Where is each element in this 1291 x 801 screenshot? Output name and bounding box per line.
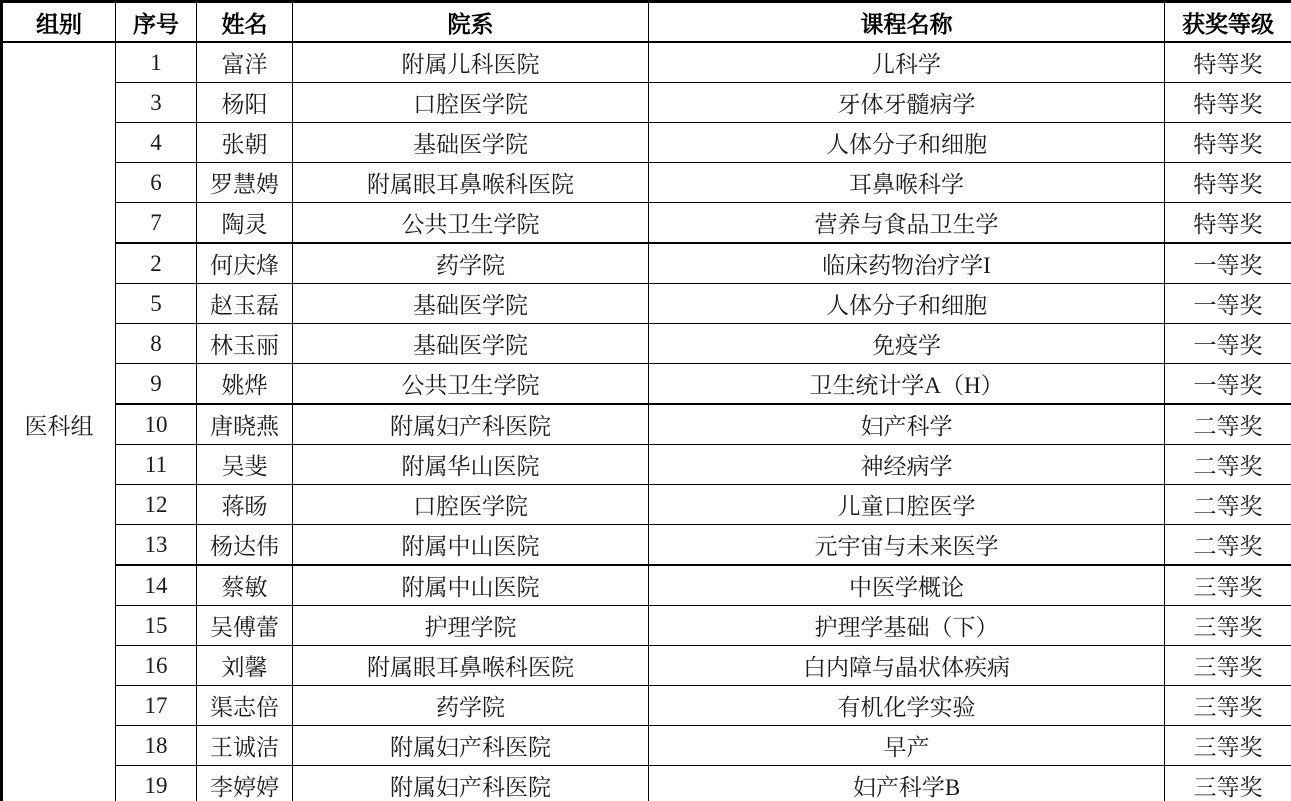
cell-name: 吴傅蕾 <box>197 606 293 646</box>
cell-dept: 护理学院 <box>293 606 649 646</box>
cell-name: 刘馨 <box>197 646 293 686</box>
cell-name: 陶灵 <box>197 203 293 244</box>
cell-dept: 基础医学院 <box>293 123 649 163</box>
cell-dept: 附属妇产科医院 <box>293 404 649 445</box>
cell-dept: 附属中山医院 <box>293 525 649 566</box>
table-row: 7陶灵公共卫生学院营养与食品卫生学特等奖 <box>2 203 1291 244</box>
cell-number: 4 <box>116 123 197 163</box>
cell-award: 三等奖 <box>1165 726 1291 766</box>
cell-number: 2 <box>116 243 197 284</box>
cell-name: 王诚洁 <box>197 726 293 766</box>
cell-award: 特等奖 <box>1165 123 1291 163</box>
cell-number: 1 <box>116 42 197 83</box>
cell-award: 特等奖 <box>1165 42 1291 83</box>
cell-number: 15 <box>116 606 197 646</box>
table-row: 2何庆烽药学院临床药物治疗学I一等奖 <box>2 243 1291 284</box>
cell-number: 13 <box>116 525 197 566</box>
document-page: 组别 序号 姓名 院系 课程名称 获奖等级 医科组1富洋附属儿科医院儿科学特等奖… <box>0 0 1291 801</box>
cell-course: 护理学基础（下） <box>649 606 1165 646</box>
column-header-name: 姓名 <box>197 2 293 43</box>
cell-dept: 药学院 <box>293 243 649 284</box>
cell-course: 免疫学 <box>649 324 1165 364</box>
table-row: 医科组1富洋附属儿科医院儿科学特等奖 <box>2 42 1291 83</box>
cell-number: 8 <box>116 324 197 364</box>
cell-award: 三等奖 <box>1165 606 1291 646</box>
cell-course: 营养与食品卫生学 <box>649 203 1165 244</box>
cell-dept: 附属儿科医院 <box>293 42 649 83</box>
cell-award: 一等奖 <box>1165 284 1291 324</box>
cell-course: 中医学概论 <box>649 565 1165 606</box>
column-header-dept: 院系 <box>293 2 649 43</box>
cell-name: 李婷婷 <box>197 766 293 801</box>
cell-name: 姚烨 <box>197 364 293 405</box>
table-row: 13杨达伟附属中山医院元宇宙与未来医学二等奖 <box>2 525 1291 566</box>
cell-award: 三等奖 <box>1165 766 1291 801</box>
cell-number: 10 <box>116 404 197 445</box>
cell-award: 二等奖 <box>1165 445 1291 485</box>
column-header-award: 获奖等级 <box>1165 2 1291 43</box>
cell-dept: 口腔医学院 <box>293 83 649 123</box>
table-row: 16刘馨附属眼耳鼻喉科医院白内障与晶状体疾病三等奖 <box>2 646 1291 686</box>
header-row: 组别 序号 姓名 院系 课程名称 获奖等级 <box>2 2 1291 43</box>
table-row: 6罗慧娉附属眼耳鼻喉科医院耳鼻喉科学特等奖 <box>2 163 1291 203</box>
cell-number: 11 <box>116 445 197 485</box>
cell-course: 卫生统计学A（H） <box>649 364 1165 405</box>
cell-dept: 公共卫生学院 <box>293 203 649 244</box>
cell-award: 一等奖 <box>1165 324 1291 364</box>
cell-name: 唐晓燕 <box>197 404 293 445</box>
cell-award: 二等奖 <box>1165 485 1291 525</box>
cell-course: 神经病学 <box>649 445 1165 485</box>
cell-name: 张朝 <box>197 123 293 163</box>
cell-dept: 附属眼耳鼻喉科医院 <box>293 163 649 203</box>
cell-award: 特等奖 <box>1165 83 1291 123</box>
awards-table: 组别 序号 姓名 院系 课程名称 获奖等级 医科组1富洋附属儿科医院儿科学特等奖… <box>0 0 1291 801</box>
cell-course: 人体分子和细胞 <box>649 123 1165 163</box>
table-body: 医科组1富洋附属儿科医院儿科学特等奖3杨阳口腔医学院牙体牙髓病学特等奖4张朝基础… <box>2 42 1291 801</box>
group-cell: 医科组 <box>2 42 116 801</box>
cell-course: 儿童口腔医学 <box>649 485 1165 525</box>
cell-dept: 基础医学院 <box>293 324 649 364</box>
cell-name: 林玉丽 <box>197 324 293 364</box>
cell-number: 12 <box>116 485 197 525</box>
table-row: 4张朝基础医学院人体分子和细胞特等奖 <box>2 123 1291 163</box>
cell-number: 3 <box>116 83 197 123</box>
cell-course: 儿科学 <box>649 42 1165 83</box>
table-row: 14蔡敏附属中山医院中医学概论三等奖 <box>2 565 1291 606</box>
cell-number: 5 <box>116 284 197 324</box>
cell-name: 杨达伟 <box>197 525 293 566</box>
cell-award: 特等奖 <box>1165 163 1291 203</box>
cell-award: 特等奖 <box>1165 203 1291 244</box>
cell-number: 17 <box>116 686 197 726</box>
cell-award: 二等奖 <box>1165 525 1291 566</box>
table-row: 9姚烨公共卫生学院卫生统计学A（H）一等奖 <box>2 364 1291 405</box>
cell-course: 有机化学实验 <box>649 686 1165 726</box>
table-row: 12蒋旸口腔医学院儿童口腔医学二等奖 <box>2 485 1291 525</box>
cell-name: 杨阳 <box>197 83 293 123</box>
cell-dept: 口腔医学院 <box>293 485 649 525</box>
cell-course: 白内障与晶状体疾病 <box>649 646 1165 686</box>
cell-course: 妇产科学B <box>649 766 1165 801</box>
cell-number: 9 <box>116 364 197 405</box>
cell-course: 牙体牙髓病学 <box>649 83 1165 123</box>
cell-dept: 公共卫生学院 <box>293 364 649 405</box>
table-row: 17渠志倍药学院有机化学实验三等奖 <box>2 686 1291 726</box>
cell-name: 罗慧娉 <box>197 163 293 203</box>
column-header-course: 课程名称 <box>649 2 1165 43</box>
cell-award: 三等奖 <box>1165 686 1291 726</box>
cell-name: 蔡敏 <box>197 565 293 606</box>
cell-course: 人体分子和细胞 <box>649 284 1165 324</box>
cell-number: 14 <box>116 565 197 606</box>
cell-course: 临床药物治疗学I <box>649 243 1165 284</box>
cell-course: 早产 <box>649 726 1165 766</box>
cell-number: 18 <box>116 726 197 766</box>
cell-award: 三等奖 <box>1165 646 1291 686</box>
cell-dept: 药学院 <box>293 686 649 726</box>
cell-award: 一等奖 <box>1165 364 1291 405</box>
cell-course: 元宇宙与未来医学 <box>649 525 1165 566</box>
cell-name: 何庆烽 <box>197 243 293 284</box>
cell-dept: 附属华山医院 <box>293 445 649 485</box>
cell-dept: 附属眼耳鼻喉科医院 <box>293 646 649 686</box>
column-header-group: 组别 <box>2 2 116 43</box>
cell-number: 6 <box>116 163 197 203</box>
cell-award: 一等奖 <box>1165 243 1291 284</box>
cell-name: 蒋旸 <box>197 485 293 525</box>
cell-course: 耳鼻喉科学 <box>649 163 1165 203</box>
table-row: 15吴傅蕾护理学院护理学基础（下）三等奖 <box>2 606 1291 646</box>
cell-award: 二等奖 <box>1165 404 1291 445</box>
table-row: 18王诚洁附属妇产科医院早产三等奖 <box>2 726 1291 766</box>
table-row: 5赵玉磊基础医学院人体分子和细胞一等奖 <box>2 284 1291 324</box>
cell-award: 三等奖 <box>1165 565 1291 606</box>
column-header-number: 序号 <box>116 2 197 43</box>
table-row: 3杨阳口腔医学院牙体牙髓病学特等奖 <box>2 83 1291 123</box>
cell-name: 赵玉磊 <box>197 284 293 324</box>
cell-dept: 附属妇产科医院 <box>293 726 649 766</box>
table-row: 19李婷婷附属妇产科医院妇产科学B三等奖 <box>2 766 1291 801</box>
cell-dept: 附属中山医院 <box>293 565 649 606</box>
cell-number: 16 <box>116 646 197 686</box>
cell-name: 富洋 <box>197 42 293 83</box>
cell-number: 7 <box>116 203 197 244</box>
table-row: 11吴斐附属华山医院神经病学二等奖 <box>2 445 1291 485</box>
cell-dept: 附属妇产科医院 <box>293 766 649 801</box>
cell-name: 渠志倍 <box>197 686 293 726</box>
cell-name: 吴斐 <box>197 445 293 485</box>
cell-course: 妇产科学 <box>649 404 1165 445</box>
table-row: 10唐晓燕附属妇产科医院妇产科学二等奖 <box>2 404 1291 445</box>
cell-number: 19 <box>116 766 197 801</box>
table-row: 8林玉丽基础医学院免疫学一等奖 <box>2 324 1291 364</box>
cell-dept: 基础医学院 <box>293 284 649 324</box>
